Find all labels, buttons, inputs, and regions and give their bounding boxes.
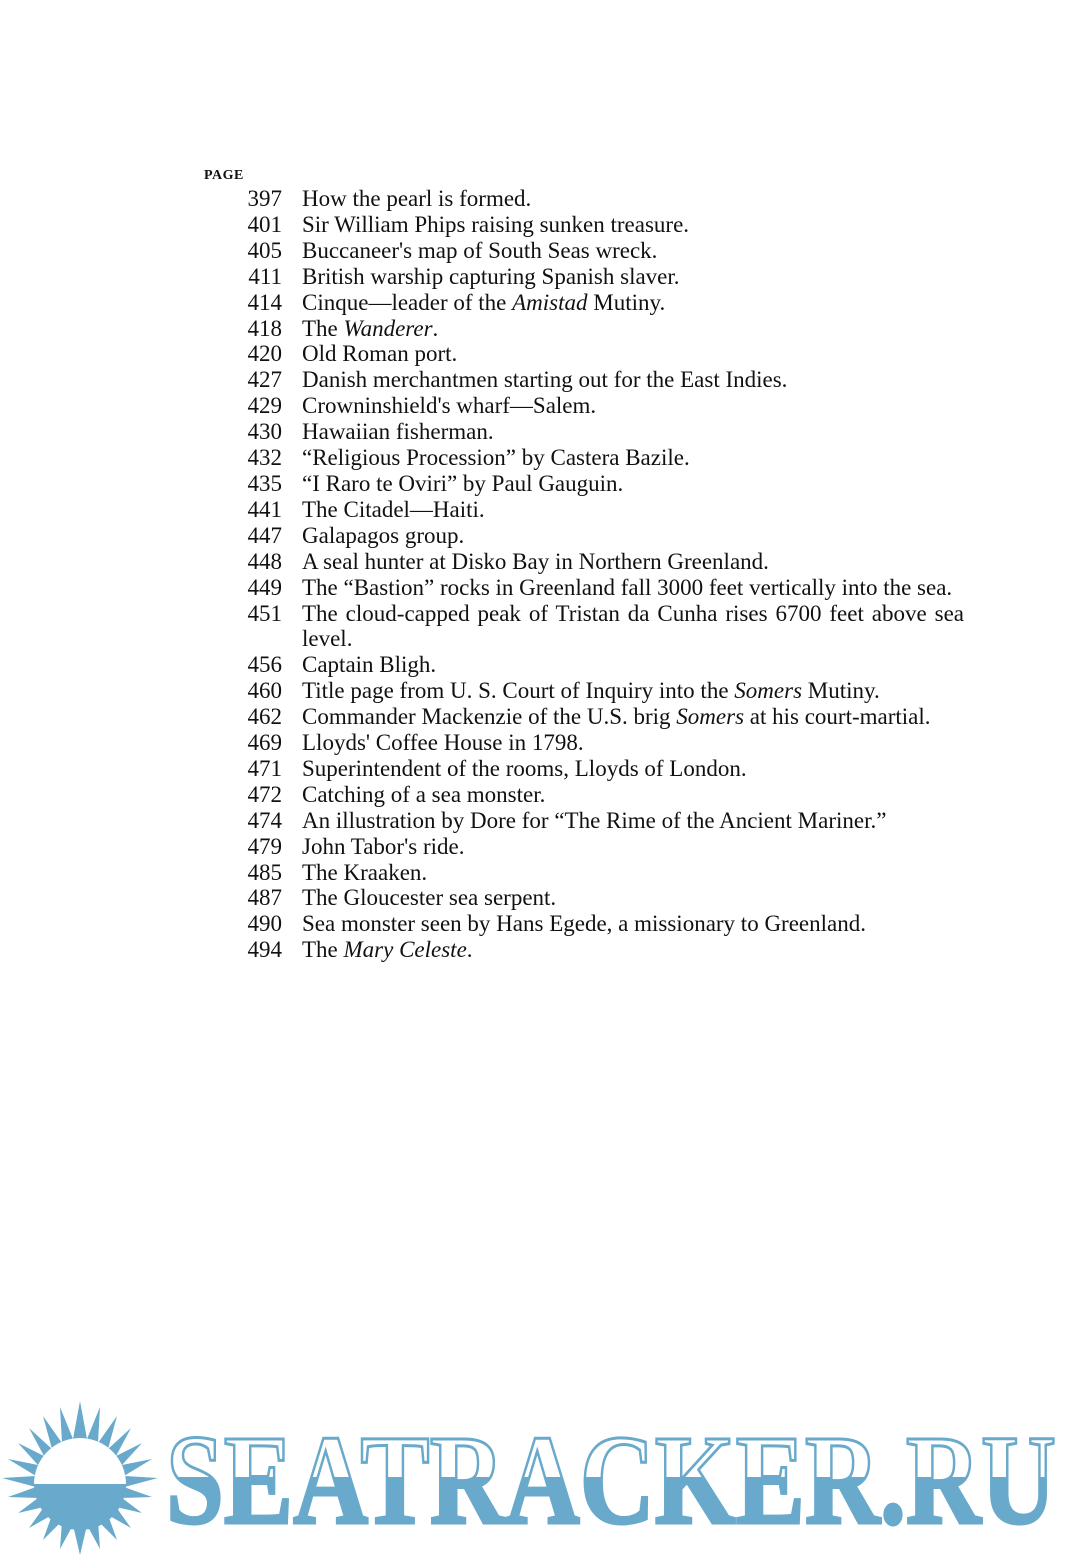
page-number: 447 [228, 523, 302, 549]
page-number: 427 [228, 367, 302, 393]
list-item: 451The cloud-capped peak of Tristan da C… [228, 601, 964, 653]
caption-text: . [433, 316, 439, 341]
list-item: 474An illustration by Dore for “The Rime… [228, 808, 964, 834]
caption: The Citadel—Haiti. [302, 497, 964, 523]
list-item: 435“I Raro te Oviri” by Paul Gauguin. [228, 471, 964, 497]
caption-text: at his court-martial. [744, 704, 931, 729]
caption: Hawaiian fisherman. [302, 419, 964, 445]
list-item: 490Sea monster seen by Hans Egede, a mis… [228, 911, 964, 937]
list-item: 462Commander Mackenzie of the U.S. brig … [228, 704, 964, 730]
page-number: 494 [228, 937, 302, 963]
caption: Old Roman port. [302, 341, 964, 367]
page-number: 441 [228, 497, 302, 523]
caption: Danish merchantmen starting out for the … [302, 367, 964, 393]
caption: Sir William Phips raising sunken treasur… [302, 212, 964, 238]
caption-text: Cinque—leader of the [302, 290, 512, 315]
watermark: SEATRACKER.RU [0, 1395, 1080, 1559]
page-number: 430 [228, 419, 302, 445]
caption: Title page from U. S. Court of Inquiry i… [302, 678, 964, 704]
page-number: 490 [228, 911, 302, 937]
page-number: 456 [228, 652, 302, 678]
caption: Crowninshield's wharf—Salem. [302, 393, 964, 419]
list-item: 441The Citadel—Haiti. [228, 497, 964, 523]
list-item: 449The “Bastion” rocks in Greenland fall… [228, 575, 964, 601]
page-column-label: PAGE [204, 168, 244, 184]
page-number: 485 [228, 860, 302, 886]
caption: How the pearl is formed. [302, 186, 964, 212]
ship-name: Wanderer [344, 316, 433, 341]
list-item: 418The Wanderer. [228, 316, 964, 342]
caption-text: Mutiny. [802, 678, 880, 703]
sun-icon [0, 1399, 160, 1557]
watermark-text: SEATRACKER.RU [166, 1423, 1066, 1533]
caption-text: . [467, 937, 473, 962]
page-number: 471 [228, 756, 302, 782]
list-item: 397How the pearl is formed. [228, 186, 964, 212]
page-number: 397 [228, 186, 302, 212]
page-number: 472 [228, 782, 302, 808]
list-item: 471Superintendent of the rooms, Lloyds o… [228, 756, 964, 782]
caption: An illustration by Dore for “The Rime of… [302, 808, 964, 834]
list-item: 469Lloyds' Coffee House in 1798. [228, 730, 964, 756]
caption-text: Title page from U. S. Court of Inquiry i… [302, 678, 734, 703]
page-number: 418 [228, 316, 302, 342]
caption: Catching of a sea monster. [302, 782, 964, 808]
list-item: 487The Gloucester sea serpent. [228, 885, 964, 911]
list-item: 414Cinque—leader of the Amistad Mutiny. [228, 290, 964, 316]
caption: Sea monster seen by Hans Egede, a missio… [302, 911, 964, 937]
caption: John Tabor's ride. [302, 834, 964, 860]
page-number: 448 [228, 549, 302, 575]
ship-name: Mary Celeste [344, 937, 467, 962]
list-item: 448A seal hunter at Disko Bay in Norther… [228, 549, 964, 575]
page-number: 435 [228, 471, 302, 497]
list-item: 472Catching of a sea monster. [228, 782, 964, 808]
page-number: 429 [228, 393, 302, 419]
caption: The Gloucester sea serpent. [302, 885, 964, 911]
list-item: 456Captain Bligh. [228, 652, 964, 678]
page-number: 462 [228, 704, 302, 730]
caption-text: Mutiny. [588, 290, 666, 315]
page-number: 432 [228, 445, 302, 471]
list-item: 460Title page from U. S. Court of Inquir… [228, 678, 964, 704]
caption: The Wanderer. [302, 316, 964, 342]
page-number: 451 [228, 601, 302, 627]
page-number: 487 [228, 885, 302, 911]
page-number: 405 [228, 238, 302, 264]
caption: Lloyds' Coffee House in 1798. [302, 730, 964, 756]
caption: The Kraaken. [302, 860, 964, 886]
caption: Cinque—leader of the Amistad Mutiny. [302, 290, 964, 316]
list-item: 411British warship capturing Spanish sla… [228, 264, 964, 290]
list-item: 429Crowninshield's wharf—Salem. [228, 393, 964, 419]
list-item: 427Danish merchantmen starting out for t… [228, 367, 964, 393]
list-item: 405Buccaneer's map of South Seas wreck. [228, 238, 964, 264]
list-item: 447Galapagos group. [228, 523, 964, 549]
page-number: 479 [228, 834, 302, 860]
page-number: 411 [228, 264, 302, 290]
caption-text: The [302, 316, 344, 341]
list-item: 430Hawaiian fisherman. [228, 419, 964, 445]
list-item: 479John Tabor's ride. [228, 834, 964, 860]
caption: Commander Mackenzie of the U.S. brig Som… [302, 704, 964, 730]
page-number: 420 [228, 341, 302, 367]
caption: British warship capturing Spanish slaver… [302, 264, 964, 290]
caption: Galapagos group. [302, 523, 964, 549]
page-number: 449 [228, 575, 302, 601]
ship-name: Amistad [512, 290, 587, 315]
caption-text: The [302, 937, 344, 962]
caption-text: Commander Mackenzie of the U.S. brig [302, 704, 676, 729]
ship-name: Somers [676, 704, 744, 729]
list-item: 494The Mary Celeste. [228, 937, 964, 963]
page-number: 469 [228, 730, 302, 756]
caption: “Religious Procession” by Castera Bazile… [302, 445, 964, 471]
page-number: 414 [228, 290, 302, 316]
caption: The “Bastion” rocks in Greenland fall 30… [302, 575, 964, 601]
page-number: 474 [228, 808, 302, 834]
caption: Buccaneer's map of South Seas wreck. [302, 238, 964, 264]
list-item: 485The Kraaken. [228, 860, 964, 886]
ship-name: Somers [734, 678, 802, 703]
caption: A seal hunter at Disko Bay in Northern G… [302, 549, 964, 575]
illustration-list: 397How the pearl is formed. 401Sir Willi… [228, 186, 964, 963]
page-number: 401 [228, 212, 302, 238]
svg-text:SEATRACKER.RU: SEATRACKER.RU [166, 1423, 1056, 1533]
caption: The Mary Celeste. [302, 937, 964, 963]
caption: Superintendent of the rooms, Lloyds of L… [302, 756, 964, 782]
list-item: 401Sir William Phips raising sunken trea… [228, 212, 964, 238]
caption: “I Raro te Oviri” by Paul Gauguin. [302, 471, 964, 497]
page-number: 460 [228, 678, 302, 704]
caption: The cloud-capped peak of Tristan da Cunh… [302, 601, 964, 653]
caption: Captain Bligh. [302, 652, 964, 678]
list-item: 432“Religious Procession” by Castera Baz… [228, 445, 964, 471]
list-item: 420Old Roman port. [228, 341, 964, 367]
